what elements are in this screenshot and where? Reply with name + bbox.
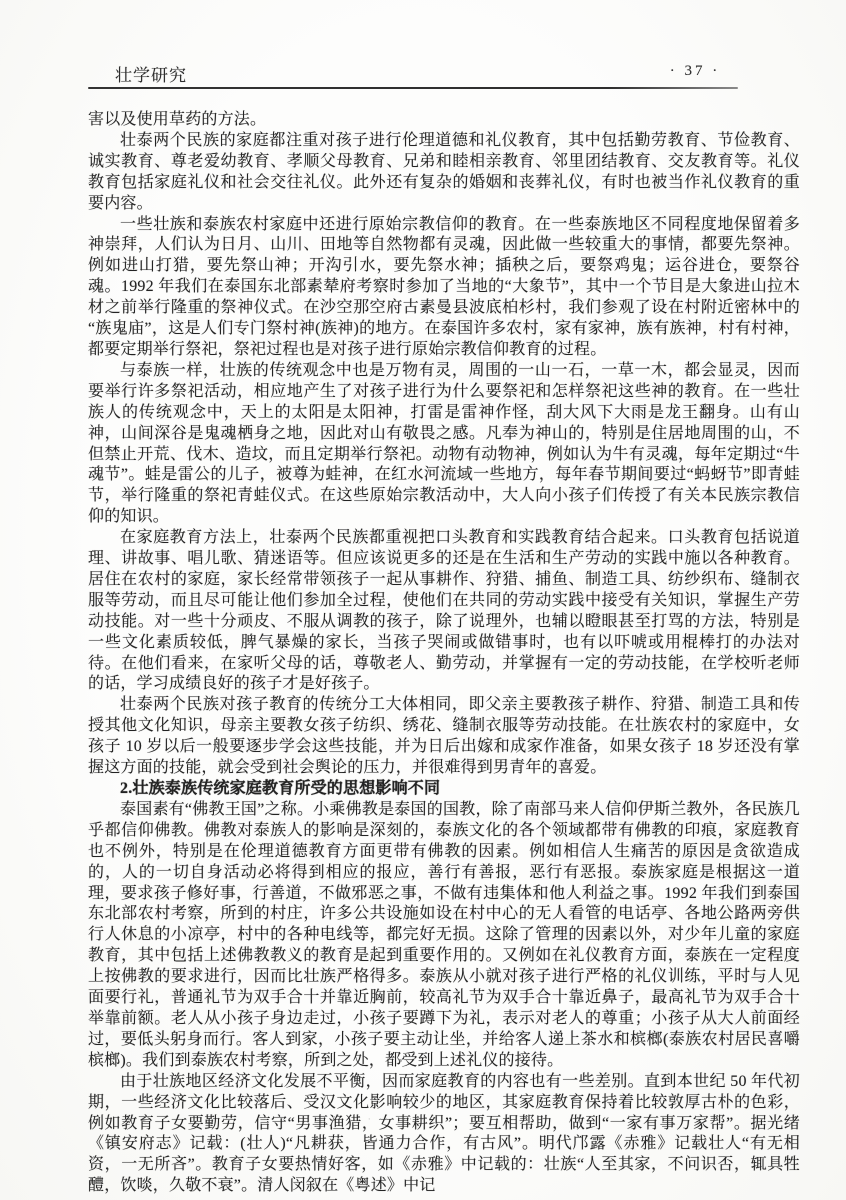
paragraph: 由于壮族地区经济文化发展不平衡，因而家庭教育的内容也有一些差别。直到本世纪 50… (88, 1072, 800, 1197)
page-number: · 37 · (655, 63, 735, 80)
document-body: 害以及使用草药的方法。壮泰两个民族的家庭都注重对孩子进行伦理道德和礼仪教育，其中… (88, 110, 800, 1197)
scan-artifact: · ········ · (338, 1114, 468, 1124)
scanned-journal-page: 壮学研究 · 37 · 害以及使用草药的方法。壮泰两个民族的家庭都注重对孩子进行… (0, 0, 846, 1200)
paragraph: 壮泰两个民族的家庭都注重对孩子进行伦理道德和礼仪教育，其中包括勤劳教育、节俭教育… (88, 131, 800, 215)
ink-speck-artifact (399, 1059, 402, 1062)
paragraph: 壮泰两个民族对孩子教育的传统分工大体相同，即父亲主要教孩子耕作、狩猎、制造工具和… (88, 695, 800, 779)
paragraph: 在家庭教育方法上，壮泰两个民族都重视把口头教育和实践教育结合起来。口头教育包括说… (88, 528, 800, 695)
paragraph: 害以及使用草药的方法。 (88, 110, 800, 131)
paragraph: 泰国素有“佛教王国”之称。小乘佛教是泰国的国教，除了南部马来人信仰伊斯兰教外，各… (88, 800, 800, 1072)
paragraph: 与泰族一样，壮族的传统观念中也是万物有灵，周围的一山一石，一草一木，都会显灵，因… (88, 361, 800, 528)
section-heading: 2.壮族泰族传统家庭教育所受的思想影响不同 (88, 779, 800, 800)
header-rule (88, 87, 738, 89)
journal-title: 壮学研究 (115, 61, 187, 86)
paragraph: 一些壮族和泰族农村家庭中还进行原始宗教信仰的教育。在一些泰族地区不同程度地保留着… (88, 215, 800, 361)
